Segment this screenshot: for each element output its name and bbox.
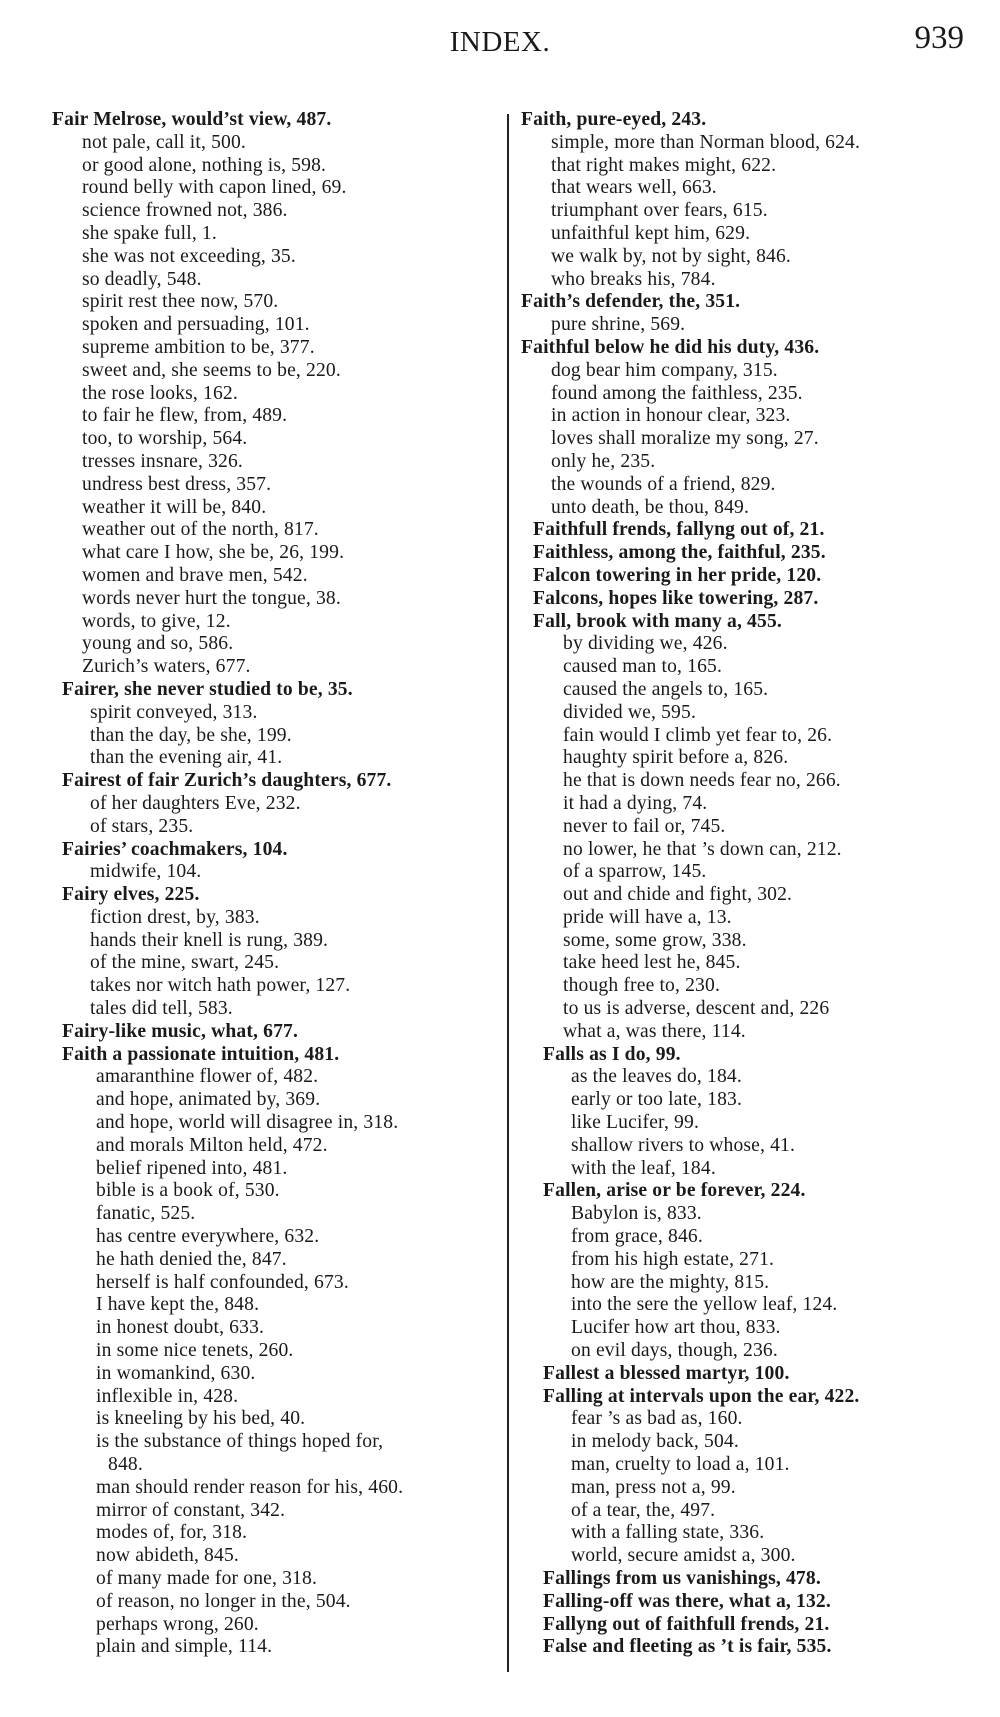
index-subentry: belief ripened into, 481. xyxy=(52,1158,492,1181)
index-subentry: is the substance of things hoped for, xyxy=(52,1431,492,1454)
index-heading: Fallyng out of faithfull frends, 21. xyxy=(521,1614,991,1637)
index-subentry: tresses insnare, 326. xyxy=(52,451,492,474)
index-subentry: weather it will be, 840. xyxy=(52,497,492,520)
index-subentry: Zurich’s waters, 677. xyxy=(52,656,492,679)
index-subentry: no lower, he that ’s down can, 212. xyxy=(521,839,991,862)
index-subentry: of a tear, the, 497. xyxy=(521,1500,991,1523)
index-subentry: takes nor witch hath power, 127. xyxy=(52,975,492,998)
index-subentry: bible is a book of, 530. xyxy=(52,1180,492,1203)
index-subentry: spirit rest thee now, 570. xyxy=(52,291,492,314)
index-heading: Faithfull frends, fallyng out of, 21. xyxy=(521,519,991,542)
index-subentry: man, cruelty to load a, 101. xyxy=(521,1454,991,1477)
index-heading: Fallen, arise or be forever, 224. xyxy=(521,1180,991,1203)
index-heading: False and fleeting as ’t is fair, 535. xyxy=(521,1636,991,1659)
index-subentry: undress best dress, 357. xyxy=(52,474,492,497)
running-title: INDEX. xyxy=(0,26,1000,59)
index-subentry: caused the angels to, 165. xyxy=(521,679,991,702)
index-subentry: he hath denied the, 847. xyxy=(52,1249,492,1272)
index-subentry: weather out of the north, 817. xyxy=(52,519,492,542)
index-subentry: Babylon is, 833. xyxy=(521,1203,991,1226)
index-subentry: spoken and persuading, 101. xyxy=(52,314,492,337)
index-subentry: or good alone, nothing is, 598. xyxy=(52,155,492,178)
index-subentry: plain and simple, 114. xyxy=(52,1636,492,1659)
index-subentry: words never hurt the tongue, 38. xyxy=(52,588,492,611)
index-subentry: of a sparrow, 145. xyxy=(521,861,991,884)
page-header: INDEX. 939 xyxy=(0,0,1000,90)
index-subentry: not pale, call it, 500. xyxy=(52,132,492,155)
index-subentry: what care I how, she be, 26, 199. xyxy=(52,542,492,565)
index-subentry: in some nice tenets, 260. xyxy=(52,1340,492,1363)
index-subentry: world, secure amidst a, 300. xyxy=(521,1545,991,1568)
index-subentry: she spake full, 1. xyxy=(52,223,492,246)
index-heading: Faith, pure-eyed, 243. xyxy=(521,109,991,132)
index-heading: Falcon towering in her pride, 120. xyxy=(521,565,991,588)
index-subentry: and morals Milton held, 472. xyxy=(52,1135,492,1158)
index-column-right: Faith, pure-eyed, 243.simple, more than … xyxy=(521,109,991,1659)
index-subentry: science frowned not, 386. xyxy=(52,200,492,223)
index-subentry: caused man to, 165. xyxy=(521,656,991,679)
index-subentry: from grace, 846. xyxy=(521,1226,991,1249)
index-subentry: who breaks his, 784. xyxy=(521,269,991,292)
index-heading: Fairy-like music, what, 677. xyxy=(52,1021,492,1044)
index-subentry: like Lucifer, 99. xyxy=(521,1112,991,1135)
index-heading: Fairer, she never studied to be, 35. xyxy=(52,679,492,702)
index-subentry: on evil days, though, 236. xyxy=(521,1340,991,1363)
index-heading: Fairy elves, 225. xyxy=(52,884,492,907)
index-subentry: herself is half confounded, 673. xyxy=(52,1272,492,1295)
index-heading: Faith’s defender, the, 351. xyxy=(521,291,991,314)
index-subentry: by dividing we, 426. xyxy=(521,633,991,656)
index-subentry: the rose looks, 162. xyxy=(52,383,492,406)
index-subentry: shallow rivers to whose, 41. xyxy=(521,1135,991,1158)
index-subentry: hands their knell is rung, 389. xyxy=(52,930,492,953)
index-subentry: out and chide and fight, 302. xyxy=(521,884,991,907)
index-subentry: of reason, no longer in the, 504. xyxy=(52,1591,492,1614)
index-subentry: in honest doubt, 633. xyxy=(52,1317,492,1340)
index-subentry: found among the faithless, 235. xyxy=(521,383,991,406)
index-heading: Fairest of fair Zurich’s daughters, 677. xyxy=(52,770,492,793)
index-subentry: fiction drest, by, 383. xyxy=(52,907,492,930)
index-subentry: man should render reason for his, 460. xyxy=(52,1477,492,1500)
index-subentry: he that is down needs fear no, 266. xyxy=(521,770,991,793)
index-subentry: into the sere the yellow leaf, 124. xyxy=(521,1294,991,1317)
index-subentry: to us is adverse, descent and, 226 xyxy=(521,998,991,1021)
index-subentry: in action in honour clear, 323. xyxy=(521,405,991,428)
index-subentry: the wounds of a friend, 829. xyxy=(521,474,991,497)
index-subentry: is kneeling by his bed, 40. xyxy=(52,1408,492,1431)
index-subentry: fanatic, 525. xyxy=(52,1203,492,1226)
index-subentry: that wears well, 663. xyxy=(521,177,991,200)
index-continuation: 848. xyxy=(52,1454,492,1477)
index-subentry: early or too late, 183. xyxy=(521,1089,991,1112)
index-heading: Fall, brook with many a, 455. xyxy=(521,611,991,634)
index-subentry: supreme ambition to be, 377. xyxy=(52,337,492,360)
index-subentry: now abideth, 845. xyxy=(52,1545,492,1568)
index-subentry: to fair he flew, from, 489. xyxy=(52,405,492,428)
index-subentry: that right makes might, 622. xyxy=(521,155,991,178)
index-heading: Fairies’ coachmakers, 104. xyxy=(52,839,492,862)
index-subentry: words, to give, 12. xyxy=(52,611,492,634)
index-subentry: has centre everywhere, 632. xyxy=(52,1226,492,1249)
index-subentry: loves shall moralize my song, 27. xyxy=(521,428,991,451)
index-subentry: sweet and, she seems to be, 220. xyxy=(52,360,492,383)
index-subentry: pure shrine, 569. xyxy=(521,314,991,337)
index-heading: Falling-off was there, what a, 132. xyxy=(521,1591,991,1614)
index-subentry: how are the mighty, 815. xyxy=(521,1272,991,1295)
index-subentry: inflexible in, 428. xyxy=(52,1386,492,1409)
index-subentry: so deadly, 548. xyxy=(52,269,492,292)
index-subentry: some, some grow, 338. xyxy=(521,930,991,953)
index-subentry: unto death, be thou, 849. xyxy=(521,497,991,520)
index-subentry: young and so, 586. xyxy=(52,633,492,656)
index-subentry: fain would I climb yet fear to, 26. xyxy=(521,725,991,748)
index-heading: Fair Melrose, would’st view, 487. xyxy=(52,109,492,132)
index-subentry: as the leaves do, 184. xyxy=(521,1066,991,1089)
index-subentry: tales did tell, 583. xyxy=(52,998,492,1021)
index-subentry: she was not exceeding, 35. xyxy=(52,246,492,269)
index-heading: Faithless, among the, faithful, 235. xyxy=(521,542,991,565)
index-heading: Falcons, hopes like towering, 287. xyxy=(521,588,991,611)
index-subentry: modes of, for, 318. xyxy=(52,1522,492,1545)
page-number: 939 xyxy=(915,20,965,57)
index-subentry: women and brave men, 542. xyxy=(52,565,492,588)
index-subentry: never to fail or, 745. xyxy=(521,816,991,839)
index-subentry: and hope, animated by, 369. xyxy=(52,1089,492,1112)
index-subentry: pride will have a, 13. xyxy=(521,907,991,930)
index-subentry: spirit conveyed, 313. xyxy=(52,702,492,725)
index-subentry: of her daughters Eve, 232. xyxy=(52,793,492,816)
index-subentry: only he, 235. xyxy=(521,451,991,474)
index-subentry: fear ’s as bad as, 160. xyxy=(521,1408,991,1431)
index-subentry: too, to worship, 564. xyxy=(52,428,492,451)
index-subentry: though free to, 230. xyxy=(521,975,991,998)
index-heading: Falls as I do, 99. xyxy=(521,1044,991,1067)
index-subentry: triumphant over fears, 615. xyxy=(521,200,991,223)
index-subentry: divided we, 595. xyxy=(521,702,991,725)
index-heading: Fallest a blessed martyr, 100. xyxy=(521,1363,991,1386)
index-heading: Fallings from us vanishings, 478. xyxy=(521,1568,991,1591)
index-subentry: it had a dying, 74. xyxy=(521,793,991,816)
index-subentry: and hope, world will disagree in, 318. xyxy=(52,1112,492,1135)
index-subentry: what a, was there, 114. xyxy=(521,1021,991,1044)
index-subentry: unfaithful kept him, 629. xyxy=(521,223,991,246)
index-subentry: man, press not a, 99. xyxy=(521,1477,991,1500)
index-subentry: round belly with capon lined, 69. xyxy=(52,177,492,200)
index-subentry: mirror of constant, 342. xyxy=(52,1500,492,1523)
index-heading: Falling at intervals upon the ear, 422. xyxy=(521,1386,991,1409)
index-heading: Faith a passionate intuition, 481. xyxy=(52,1044,492,1067)
index-subentry: with a falling state, 336. xyxy=(521,1522,991,1545)
index-subentry: from his high estate, 271. xyxy=(521,1249,991,1272)
index-subentry: haughty spirit before a, 826. xyxy=(521,747,991,770)
index-subentry: in womankind, 630. xyxy=(52,1363,492,1386)
index-subentry: amaranthine flower of, 482. xyxy=(52,1066,492,1089)
index-subentry: than the evening air, 41. xyxy=(52,747,492,770)
index-subentry: of stars, 235. xyxy=(52,816,492,839)
index-subentry: take heed lest he, 845. xyxy=(521,952,991,975)
index-subentry: we walk by, not by sight, 846. xyxy=(521,246,991,269)
index-subentry: I have kept the, 848. xyxy=(52,1294,492,1317)
index-subentry: of many made for one, 318. xyxy=(52,1568,492,1591)
index-subentry: than the day, be she, 199. xyxy=(52,725,492,748)
index-subentry: midwife, 104. xyxy=(52,861,492,884)
index-heading: Faithful below he did his duty, 436. xyxy=(521,337,991,360)
index-subentry: in melody back, 504. xyxy=(521,1431,991,1454)
column-divider xyxy=(507,114,509,1672)
index-subentry: of the mine, swart, 245. xyxy=(52,952,492,975)
index-subentry: simple, more than Norman blood, 624. xyxy=(521,132,991,155)
index-column-left: Fair Melrose, would’st view, 487.not pal… xyxy=(52,109,492,1659)
index-subentry: dog bear him company, 315. xyxy=(521,360,991,383)
index-subentry: perhaps wrong, 260. xyxy=(52,1614,492,1637)
index-subentry: with the leaf, 184. xyxy=(521,1158,991,1181)
index-subentry: Lucifer how art thou, 833. xyxy=(521,1317,991,1340)
